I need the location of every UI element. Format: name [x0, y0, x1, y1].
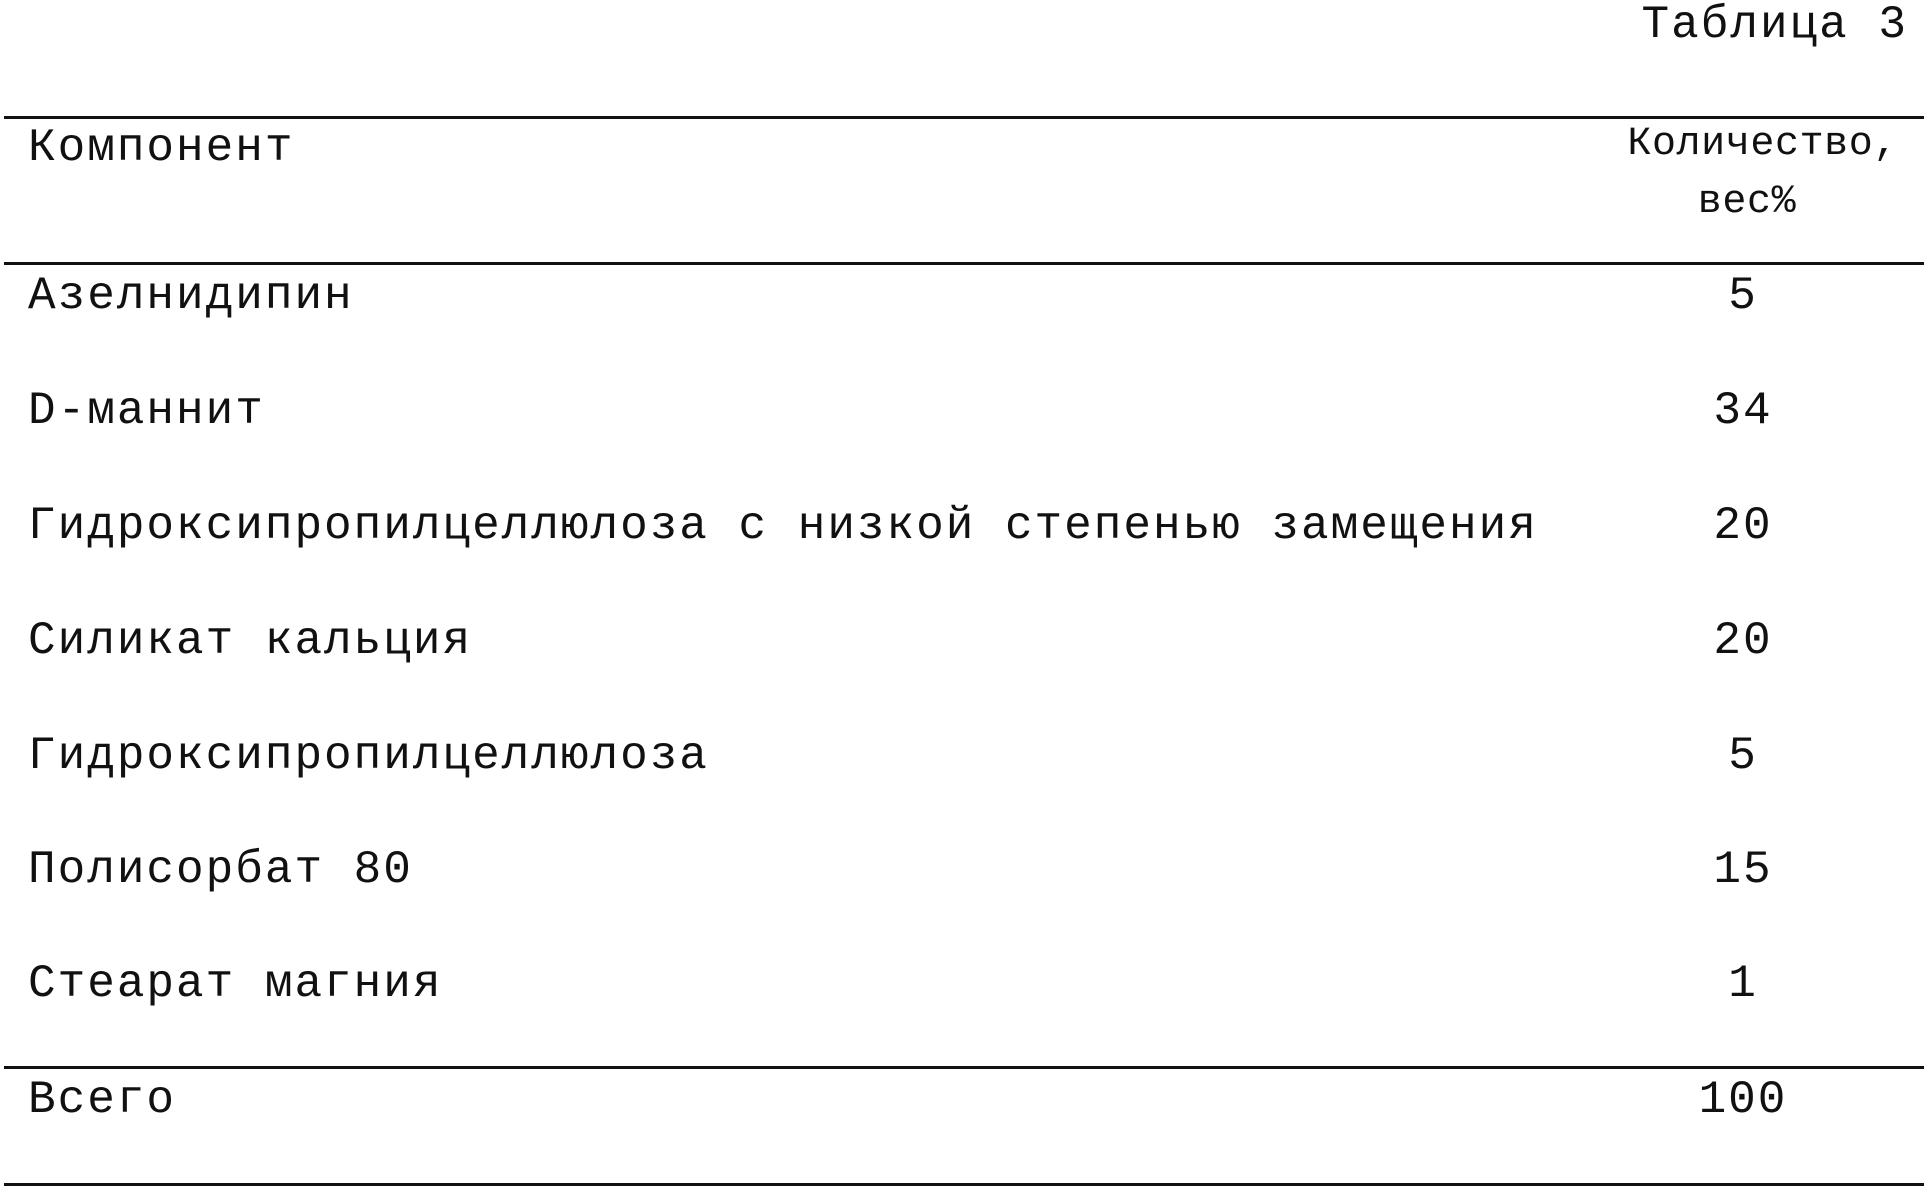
row-amount: 5: [1643, 733, 1843, 779]
row-amount: 15: [1643, 847, 1843, 893]
table-top-rule: [4, 116, 1924, 119]
row-amount: 1: [1643, 961, 1843, 1007]
header-component: Компонент: [28, 125, 294, 171]
row-component: Гидроксипропилцеллюлоза: [28, 733, 709, 779]
total-label: Всего: [28, 1077, 176, 1123]
document-page: Таблица 3 Компонент Количество, вес% Азе…: [0, 0, 1924, 1200]
row-amount: 5: [1643, 273, 1843, 319]
header-quantity-unit: вес%: [1647, 183, 1847, 223]
table-title: Таблица 3: [1642, 2, 1908, 48]
row-component: Стеарат магния: [28, 961, 442, 1007]
row-amount: 20: [1643, 503, 1843, 549]
row-component: Азелнидипин: [28, 273, 354, 319]
row-amount: 20: [1643, 618, 1843, 664]
row-component: Гидроксипропилцеллюлоза с низкой степень…: [28, 503, 1538, 549]
row-component: Полисорбат 80: [28, 847, 413, 893]
row-amount: 34: [1643, 388, 1843, 434]
total-amount: 100: [1643, 1077, 1843, 1123]
row-component: D-маннит: [28, 388, 265, 434]
table-bottom-rule: [4, 1183, 1924, 1186]
row-component: Силикат кальция: [28, 618, 472, 664]
header-quantity: Количество,: [1627, 125, 1898, 165]
header-bottom-rule: [4, 262, 1924, 265]
total-top-rule: [4, 1066, 1924, 1069]
